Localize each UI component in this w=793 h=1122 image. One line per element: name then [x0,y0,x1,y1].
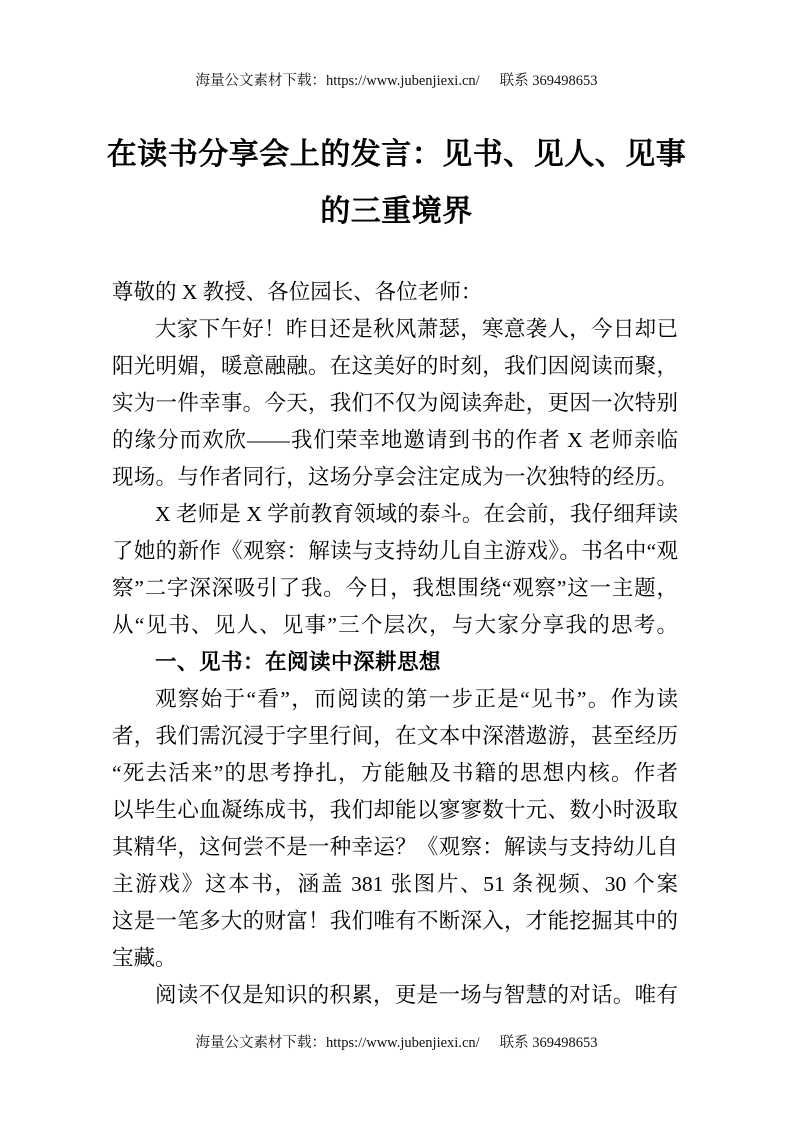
footer-url: https://www.jubenjiexi.cn/ [326,1035,480,1051]
header-url: https://www.jubenjiexi.cn/ [326,73,480,89]
document-title: 在读书分享会上的发言：见书、见人、见事 的三重境界 [56,126,737,240]
title-line-1: 在读书分享会上的发言：见书、见人、见事 [56,126,737,183]
footer-source-label: 海量公文素材下载： [195,1035,326,1051]
body-line: 阅读不仅是知识的积累，更是一场与智慧的对话。唯有 [112,977,678,1014]
body-line: 的缘分而欢欣——我们荣幸地邀请到书的作者 X 老师亲临 [112,422,678,459]
section-heading: 一、见书：在阅读中深耕思想 [112,644,678,681]
body-line-salutation: 尊敬的 X 教授、各位园长、各位老师： [112,274,678,311]
body-line: 这是一笔多大的财富！我们唯有不断深入，才能挖掘其中的 [112,903,678,940]
body-line: 实为一件幸事。今天，我们不仅为阅读奔赴，更因一次特别 [112,385,678,422]
body-line: “死去活来”的思考挣扎，方能触及书籍的思想内核。作者 [112,755,678,792]
title-line-2: 的三重境界 [56,183,737,240]
body-line: 观察始于“看”，而阅读的第一步正是“见书”。作为读 [112,681,678,718]
body-line: 者，我们需沉浸于字里行间，在文本中深潜遨游，甚至经历 [112,718,678,755]
body-line: 阳光明媚，暖意融融。在这美好的时刻，我们因阅读而聚， [112,348,678,385]
body-line: 宝藏。 [112,940,678,977]
header-contact: 联系 369498653 [500,73,598,89]
body-line: 察”二字深深吸引了我。今日，我想围绕“观察”这一主题， [112,570,678,607]
body-line: 了她的新作《观察：解读与支持幼儿自主游戏》。书名中“观 [112,533,678,570]
document-body: 尊敬的 X 教授、各位园长、各位老师： 大家下午好！昨日还是秋风萧瑟，寒意袭人，… [112,274,678,1014]
body-line: X 老师是 X 学前教育领域的泰斗。在会前，我仔细拜读 [112,496,678,533]
footer-contact: 联系 369498653 [500,1035,598,1051]
page-header: 海量公文素材下载：https://www.jubenjiexi.cn/联系 36… [0,70,793,92]
body-line: 现场。与作者同行，这场分享会注定成为一次独特的经历。 [112,459,678,496]
document-page: 海量公文素材下载：https://www.jubenjiexi.cn/联系 36… [0,0,793,1122]
body-line: 其精华，这何尝不是一种幸运？《观察：解读与支持幼儿自 [112,829,678,866]
body-line: 从“见书、见人、见事”三个层次，与大家分享我的思考。 [112,607,678,644]
header-source-label: 海量公文素材下载： [195,73,326,89]
body-line: 以毕生心血凝练成书，我们却能以寥寥数十元、数小时汲取 [112,792,678,829]
body-line: 大家下午好！昨日还是秋风萧瑟，寒意袭人，今日却已 [112,311,678,348]
page-footer: 海量公文素材下载：https://www.jubenjiexi.cn/联系 36… [0,1032,793,1054]
body-line: 主游戏》这本书，涵盖 381 张图片、51 条视频、30 个案例， [112,866,678,903]
